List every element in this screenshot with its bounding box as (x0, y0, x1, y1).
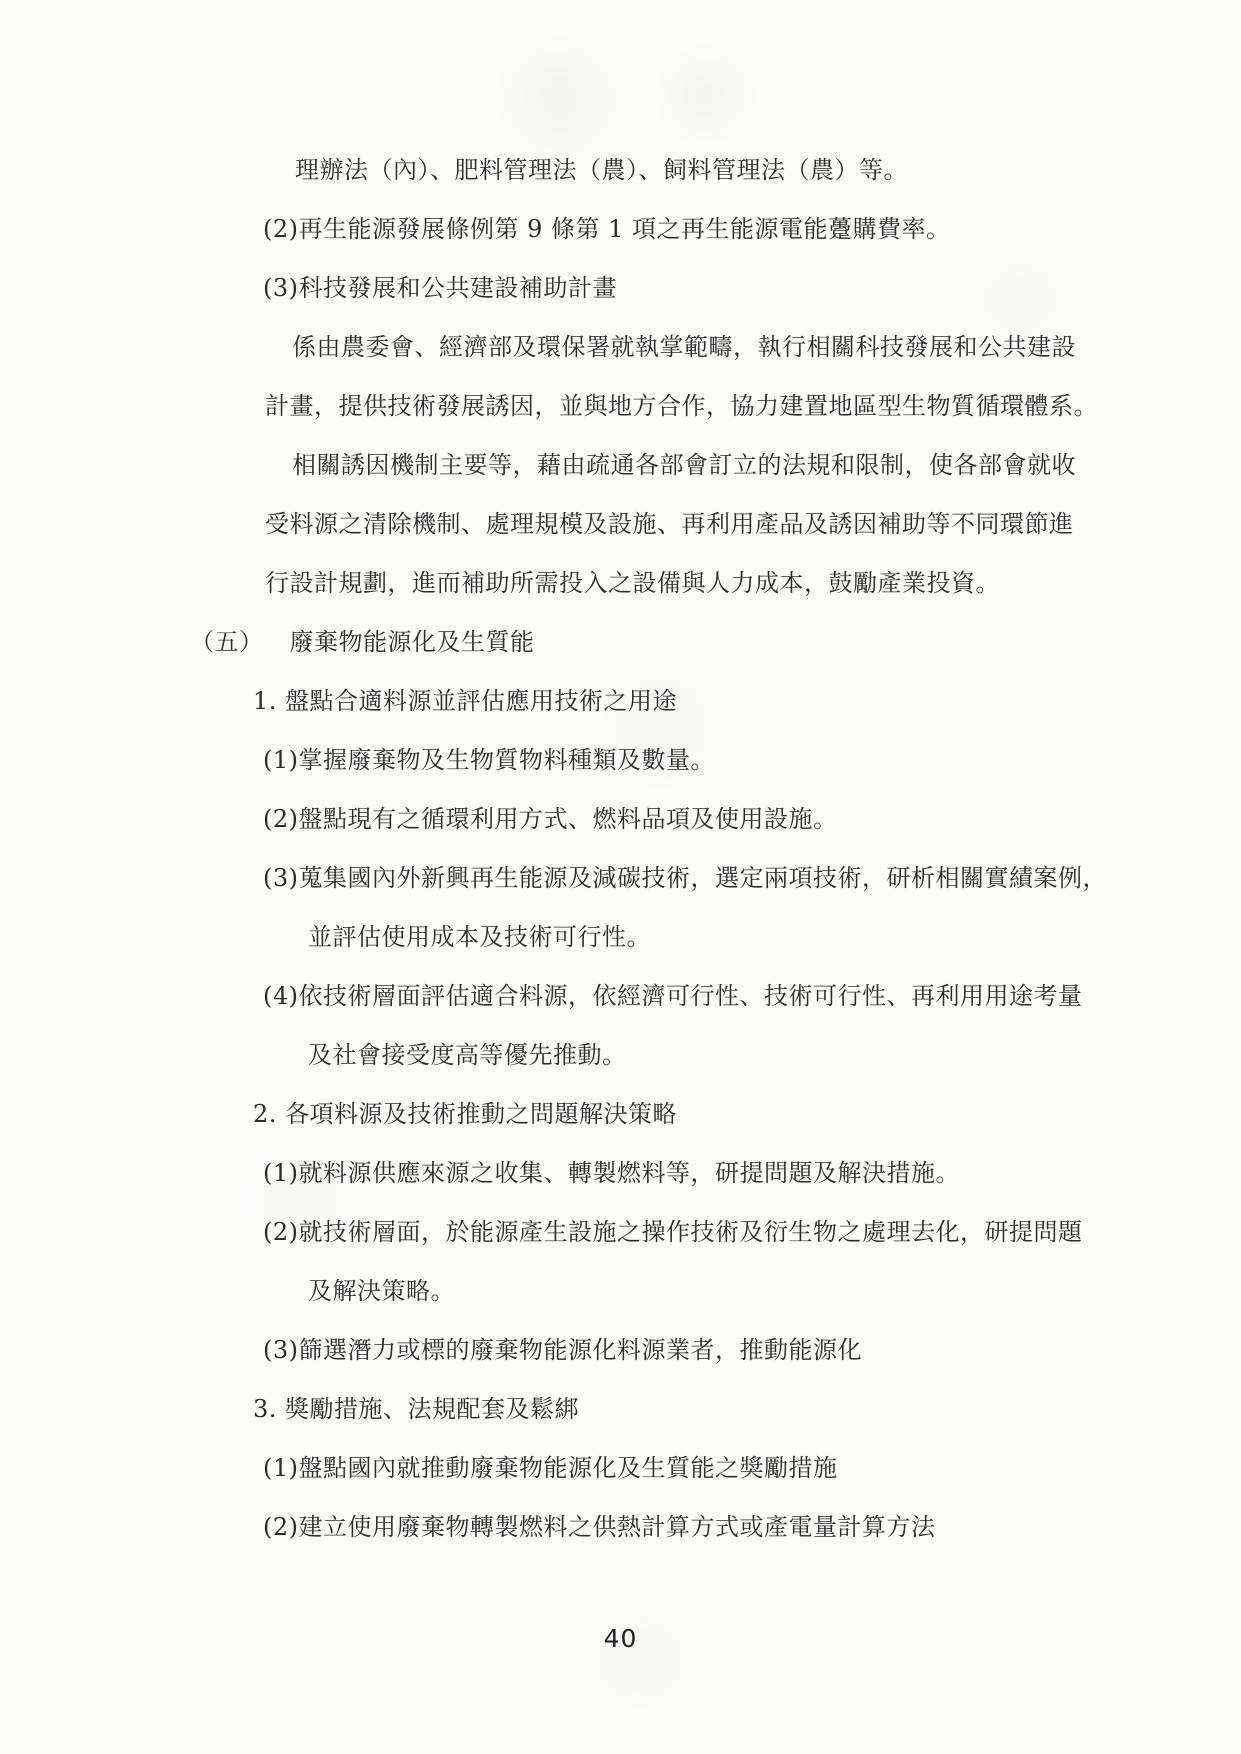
text-line: 受料源之清除機制、處理規模及設施、再利用產品及誘因補助等不同環節進 (0, 495, 1241, 554)
list-item: (1)掌握廢棄物及生物質物料種類及數量。 (0, 731, 1241, 790)
list-item: (3)科技發展和公共建設補助計畫 (0, 259, 1241, 318)
document-body: 理辦法（內）、肥料管理法（農）、飼料管理法（農）等。 (2)再生能源發展條例第 … (0, 141, 1241, 1557)
numbered-heading: 3. 獎勵措施、法規配套及鬆綁 (0, 1380, 1241, 1439)
numbered-heading: 1. 盤點合適料源並評估應用技術之用途 (0, 672, 1241, 731)
list-item: (3)篩選潛力或標的廢棄物能源化料源業者，推動能源化 (0, 1321, 1241, 1380)
list-item: (4)依技術層面評估適合料源，依經濟可行性、技術可行性、再利用用途考量 (0, 967, 1241, 1026)
text-line: 係由農委會、經濟部及環保署就執掌範疇，執行相關科技發展和公共建設 (0, 318, 1241, 377)
section-heading: （五）廢棄物能源化及生質能 (0, 613, 1241, 672)
text-line: 及解決策略。 (0, 1262, 1241, 1321)
text-line: 並評估使用成本及技術可行性。 (0, 908, 1241, 967)
section-title: 廢棄物能源化及生質能 (290, 628, 535, 656)
list-item: (1)盤點國內就推動廢棄物能源化及生質能之獎勵措施 (0, 1439, 1241, 1498)
list-item: (2)就技術層面，於能源產生設施之操作技術及衍生物之處理去化，研提問題 (0, 1203, 1241, 1262)
numbered-heading: 2. 各項料源及技術推動之問題解決策略 (0, 1085, 1241, 1144)
document-page: 理辦法（內）、肥料管理法（農）、飼料管理法（農）等。 (2)再生能源發展條例第 … (0, 0, 1241, 1754)
text-line: 相關誘因機制主要等，藉由疏通各部會訂立的法規和限制，使各部會就收 (0, 436, 1241, 495)
text-line: 行設計規劃，進而補助所需投入之設備與人力成本，鼓勵產業投資。 (0, 554, 1241, 613)
list-item: (1)就料源供應來源之收集、轉製燃料等，研提問題及解決措施。 (0, 1144, 1241, 1203)
list-item: (2)盤點現有之循環利用方式、燃料品項及使用設施。 (0, 790, 1241, 849)
page-number: 40 (0, 1624, 1241, 1653)
text-line: 及社會接受度高等優先推動。 (0, 1026, 1241, 1085)
text-line: 計畫，提供技術發展誘因，並與地方合作，協力建置地區型生物質循環體系。 (0, 377, 1241, 436)
list-item: (2)再生能源發展條例第 9 條第 1 項之再生能源電能躉購費率。 (0, 200, 1241, 259)
list-item: (2)建立使用廢棄物轉製燃料之供熱計算方式或產電量計算方法 (0, 1498, 1241, 1557)
section-marker: （五） (190, 628, 264, 656)
list-item: (3)蒐集國內外新興再生能源及減碳技術，選定兩項技術，研析相關實績案例， (0, 849, 1241, 908)
text-line: 理辦法（內）、肥料管理法（農）、飼料管理法（農）等。 (0, 141, 1241, 200)
